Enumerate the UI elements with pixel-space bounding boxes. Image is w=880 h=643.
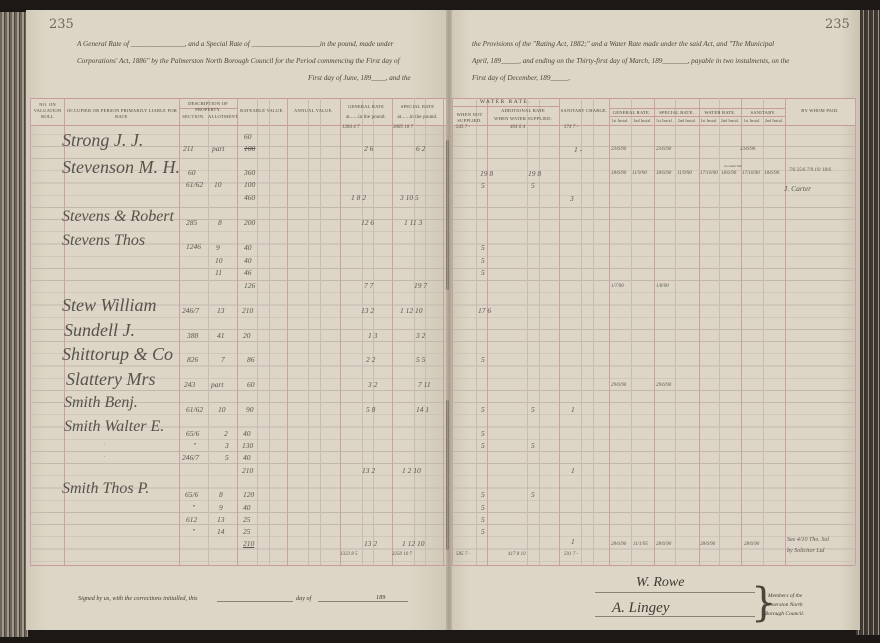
header-sanitary-charge: Sanitary Charge. bbox=[559, 108, 609, 114]
rateable-value: 25 bbox=[243, 515, 251, 524]
rule bbox=[443, 98, 444, 565]
owner-name: Smith Benj. bbox=[64, 394, 138, 412]
carried-sanitary: 574 7 - bbox=[564, 125, 578, 130]
allotment: 7 bbox=[221, 355, 225, 364]
month-blank bbox=[318, 601, 408, 602]
allotment: 2 bbox=[224, 429, 228, 438]
rateable-value: 20 bbox=[243, 331, 251, 340]
general-rate: 7 7 bbox=[364, 281, 373, 290]
sanitary-charge: 1 bbox=[571, 466, 575, 475]
allotment: 10 bbox=[218, 405, 226, 414]
header-general-rate: General Rate bbox=[340, 104, 392, 110]
allotment: 9 bbox=[216, 243, 220, 252]
allotment: part bbox=[211, 380, 224, 389]
sanitary-charge: 1 - bbox=[574, 145, 582, 154]
header-rateable-value: Rateable Value. bbox=[237, 108, 287, 114]
paid-date: 29/6/90 bbox=[611, 383, 626, 388]
rule bbox=[763, 98, 764, 565]
allotment: part bbox=[212, 144, 225, 153]
general-rate: 1 8 2 bbox=[351, 193, 366, 202]
header-paid-special: Special Rate. bbox=[654, 110, 699, 116]
header-when-not-supplied: When Not Supplied. bbox=[452, 112, 487, 124]
additional-rate: 19 8 bbox=[528, 169, 541, 178]
water-rate: 5 bbox=[481, 355, 485, 364]
additional-rate: 5 bbox=[531, 490, 535, 499]
header-first-instal: 1st Instal. bbox=[654, 118, 675, 124]
rateable-value: 40 bbox=[244, 243, 252, 252]
section: 61/62 bbox=[186, 180, 203, 189]
special-rate: 14 1 bbox=[416, 405, 429, 414]
rule bbox=[855, 98, 856, 565]
header-special-rate: Special Rate bbox=[392, 104, 443, 110]
owner-name: Stew William bbox=[62, 295, 157, 316]
owner-name: Slattery Mrs bbox=[66, 369, 156, 390]
rateable-value: 210 bbox=[243, 539, 254, 548]
general-rate: 5 8 bbox=[366, 405, 375, 414]
signature-1: W. Rowe bbox=[636, 575, 684, 591]
members-line-2: Palmerston North bbox=[763, 602, 803, 608]
water-rate: 5 bbox=[481, 256, 485, 265]
special-rate: 6 2 bbox=[416, 144, 425, 153]
carried-additional: 404 6 4 bbox=[510, 125, 525, 130]
owner-name: Sundell J. bbox=[64, 320, 135, 341]
total-sanitary: 591 7 - bbox=[564, 552, 578, 557]
header-second-instal: 2nd Instal. bbox=[675, 118, 699, 124]
paid-date: 23/6/90 bbox=[740, 147, 755, 152]
header-additional-rate: Additional Rate bbox=[487, 108, 559, 114]
rule bbox=[741, 98, 742, 565]
signature-2: A. Lingey bbox=[612, 600, 670, 617]
paid-date: 18/6/90 bbox=[721, 171, 736, 176]
rateable-value: 90 bbox=[246, 405, 254, 414]
rule bbox=[719, 98, 720, 565]
header-first-instal: 1st Instal. bbox=[609, 118, 631, 124]
section: 211 bbox=[183, 144, 194, 153]
water-rate: 5 bbox=[481, 515, 485, 524]
pencil-mark bbox=[446, 400, 449, 550]
header-second-instal: 2nd Instal. bbox=[631, 118, 654, 124]
rateable-value: 86 bbox=[247, 355, 255, 364]
rateable-value: 40 bbox=[243, 453, 251, 462]
header-second-instal: 2nd Instal. bbox=[719, 118, 741, 124]
header-general-rate-sub: at......in the pound. bbox=[340, 115, 392, 121]
pencil-mark bbox=[446, 140, 449, 290]
ditto-mark: · bbox=[104, 455, 105, 460]
day-of-text: day of bbox=[296, 595, 311, 602]
paid-date: 28/6/90 bbox=[656, 542, 671, 547]
allotment: 9 bbox=[219, 503, 223, 512]
header-paid-water: Water Rate. bbox=[699, 110, 741, 116]
special-rate: 5 5 bbox=[416, 355, 425, 364]
rule bbox=[476, 98, 477, 565]
water-rate: 5 bbox=[481, 405, 485, 414]
paid-date: 28/6/90 bbox=[700, 542, 715, 547]
ledger-bottom-rule bbox=[452, 565, 855, 566]
allotment: 8 bbox=[218, 218, 222, 227]
signed-text: Signed by us, with the corrections initi… bbox=[78, 595, 198, 602]
general-rate: 1 3 bbox=[368, 331, 377, 340]
header-paid-general: General Rate. bbox=[609, 110, 654, 116]
section: 246/7 bbox=[182, 453, 199, 462]
paid-date: 29/6/90 bbox=[656, 383, 671, 388]
allotment: 3 bbox=[225, 441, 229, 450]
water-rate: 5 bbox=[481, 441, 485, 450]
water-rate: 5 bbox=[481, 181, 485, 190]
header-description: Description of Property. bbox=[179, 101, 237, 113]
section: 388 bbox=[187, 331, 198, 340]
rule bbox=[654, 98, 655, 565]
rateable-value: 40 bbox=[243, 429, 251, 438]
rateable-value: 120 bbox=[243, 490, 254, 499]
general-rate: 3 2 bbox=[368, 380, 377, 389]
sanitary-charge: 1 bbox=[571, 537, 575, 546]
rule bbox=[631, 98, 632, 565]
water-rate: 5 bbox=[481, 527, 485, 536]
rateable-value: 60 bbox=[247, 380, 255, 389]
rateable-value: 210 bbox=[242, 306, 253, 315]
rateable-value: 46 bbox=[244, 268, 252, 277]
rateable-value: 25 bbox=[243, 527, 251, 536]
signature-line-1 bbox=[595, 592, 755, 593]
signature-line-2 bbox=[595, 616, 755, 617]
rule bbox=[30, 98, 31, 565]
paid-date: 11/1/95 bbox=[633, 542, 648, 547]
water-rate: 5 bbox=[481, 268, 485, 277]
paid-note: no water bkt bbox=[724, 164, 742, 168]
header-paid-sanitary: Sanitary. bbox=[741, 110, 785, 116]
owner-name: Stevens & Robert bbox=[62, 208, 174, 226]
special-rate: 1 11 3 bbox=[404, 218, 422, 227]
rule bbox=[675, 98, 676, 565]
owner-name: Smith Thos P. bbox=[62, 480, 149, 498]
right-page-number: 235 bbox=[825, 17, 850, 32]
header-water-rate: Water Rate. bbox=[452, 99, 559, 105]
paid-date: 23/6/90 bbox=[656, 147, 671, 152]
rule bbox=[362, 98, 363, 565]
special-rate: 3 2 bbox=[416, 331, 425, 340]
rule bbox=[320, 98, 321, 565]
sanitary-charge: 3 bbox=[570, 194, 574, 203]
by-whom-paid: by Solicitor Ltd bbox=[787, 548, 824, 554]
rule bbox=[609, 108, 785, 109]
rule bbox=[452, 98, 453, 565]
by-whom-paid: See 4/10 Tho. Sol bbox=[787, 537, 829, 543]
rateable-value: 360 bbox=[244, 168, 255, 177]
paid-date: 28/6/90 bbox=[611, 542, 626, 547]
water-rate: 19 8 bbox=[480, 169, 493, 178]
header-annual-value: Annual Value. bbox=[287, 108, 340, 114]
allotment: 41 bbox=[217, 331, 225, 340]
allotment: 13 bbox=[217, 306, 225, 315]
special-rate: 19 7 bbox=[414, 281, 427, 290]
water-rate: 17 6 bbox=[478, 306, 491, 315]
rule bbox=[593, 98, 594, 565]
rule bbox=[308, 98, 309, 565]
paid-date: 11/9/90 bbox=[677, 171, 692, 176]
header-special-rate-sub: at......in the pound. bbox=[392, 115, 443, 121]
special-rate: 1 2 10 bbox=[402, 466, 421, 475]
paid-date: 28/6/90 bbox=[744, 542, 759, 547]
ditto-mark: · bbox=[104, 442, 105, 447]
total-special: 3250 10 7 bbox=[392, 552, 412, 557]
by-whom-paid: 7/6 25/6 7/9 19/ 18/6 bbox=[789, 168, 831, 173]
rule bbox=[559, 98, 560, 565]
special-rate: 7 11 bbox=[418, 380, 431, 389]
owner-name: Stevens Thos bbox=[62, 232, 145, 250]
paid-date: 23/6/90 bbox=[611, 147, 626, 152]
water-rate: 5 bbox=[481, 243, 485, 252]
section: 65/6 bbox=[185, 490, 198, 499]
section: 1246 bbox=[186, 242, 201, 251]
rule bbox=[581, 98, 582, 565]
owner-name: Smith Walter E. bbox=[64, 418, 164, 436]
header-when-water-supplied: When Water Supplied. bbox=[487, 116, 559, 122]
rateable-value: 100 bbox=[244, 144, 255, 153]
rule bbox=[257, 98, 258, 565]
general-rate: 13 2 bbox=[364, 539, 377, 548]
paid-date: 18/6/90 bbox=[656, 171, 671, 176]
paid-date: 1/8/90 bbox=[656, 284, 669, 289]
rule bbox=[609, 116, 785, 117]
section: 246/7 bbox=[182, 306, 199, 315]
additional-rate: 5 bbox=[531, 181, 535, 190]
rule bbox=[699, 98, 700, 565]
additional-rate: 5 bbox=[531, 441, 535, 450]
section: 285 bbox=[186, 218, 197, 227]
water-rate: 5 bbox=[481, 490, 485, 499]
members-line-3: Borough Council. bbox=[765, 611, 804, 617]
section: 60 bbox=[188, 168, 196, 177]
paid-date: 11/9/90 bbox=[632, 171, 647, 176]
rateable-value: 200 bbox=[244, 218, 255, 227]
header-valuation-roll: No. on Valuation Roll bbox=[31, 102, 64, 120]
rateable-value: 460 bbox=[244, 193, 255, 202]
paid-date: 17/10/90 bbox=[700, 171, 718, 176]
rule bbox=[609, 98, 610, 565]
special-rate: 1 12 10 bbox=[402, 539, 425, 548]
section: " bbox=[192, 503, 195, 512]
general-rate: 13 2 bbox=[361, 306, 374, 315]
water-rate: 5 bbox=[481, 429, 485, 438]
header-by-whom-paid: By Whom Paid. bbox=[785, 108, 855, 114]
rateable-value: 60 bbox=[244, 132, 252, 141]
intro-right-line-3: First day of December, 189_____. bbox=[472, 68, 570, 88]
year-prefix: 189 bbox=[376, 594, 385, 601]
header-first-instal: 1st Instal. bbox=[699, 118, 719, 124]
owner-name: Shittorup & Co bbox=[62, 344, 173, 365]
allotment: 13 bbox=[217, 515, 225, 524]
header-first-instal: 1st Instal. bbox=[741, 118, 763, 124]
rule bbox=[785, 98, 786, 565]
paid-date: 18/6/90 bbox=[764, 171, 779, 176]
allotment: 10 bbox=[214, 180, 222, 189]
header-second-instal: 2nd Instal. bbox=[763, 118, 785, 124]
rule bbox=[340, 98, 341, 565]
paid-date: 17/10/90 bbox=[742, 171, 760, 176]
rateable-value: 210 bbox=[242, 466, 253, 475]
owner-name: Strong J. J. bbox=[62, 130, 143, 151]
by-whom-paid: J. Carter bbox=[784, 184, 811, 193]
allotment: 10 bbox=[215, 256, 223, 265]
rateable-value: 100 bbox=[244, 180, 255, 189]
general-rate: 2 6 bbox=[364, 144, 373, 153]
carried-special: 3085 18 7 bbox=[393, 125, 413, 130]
day-blank bbox=[217, 601, 293, 602]
paid-date: 1/7/90 bbox=[611, 284, 624, 289]
ledger-bottom-rule bbox=[30, 565, 446, 566]
header-allotment: Allotment. bbox=[208, 114, 237, 120]
sanitary-charge: 1 bbox=[571, 405, 575, 414]
water-rate: 5 bbox=[481, 503, 485, 512]
additional-rate: 5 bbox=[531, 405, 535, 414]
section: 61/62 bbox=[186, 405, 203, 414]
rule bbox=[237, 98, 238, 565]
general-rate: 2 2 bbox=[366, 355, 375, 364]
rateable-value: 126 bbox=[244, 281, 255, 290]
general-rate: 12 6 bbox=[361, 218, 374, 227]
special-rate: 1 12 10 bbox=[400, 306, 423, 315]
section: " bbox=[193, 441, 196, 450]
allotment: 11 bbox=[215, 268, 222, 277]
rule bbox=[452, 106, 559, 107]
paid-date: 18/6/90 bbox=[611, 171, 626, 176]
rateable-value: 130 bbox=[242, 441, 253, 450]
allotment: 5 bbox=[225, 453, 229, 462]
allotment: 8 bbox=[219, 490, 223, 499]
total-additional: 417 8 10 bbox=[508, 552, 526, 557]
section: 243 bbox=[184, 380, 195, 389]
section: 65/6 bbox=[186, 429, 199, 438]
header-section: Section. bbox=[179, 114, 208, 120]
book-page-edges-left bbox=[0, 12, 28, 637]
rule bbox=[287, 98, 288, 565]
special-rate: 3 10 5 bbox=[400, 193, 419, 202]
rateable-value: 40 bbox=[243, 503, 251, 512]
owner-name: Stevenson M. H. bbox=[62, 157, 180, 178]
section: 612 bbox=[186, 515, 197, 524]
section: 826 bbox=[187, 355, 198, 364]
carried-general: 1284 4 7 bbox=[342, 125, 360, 130]
rule bbox=[414, 98, 415, 565]
rule bbox=[269, 98, 270, 565]
carried-water: 545 7 - bbox=[456, 125, 470, 130]
rule bbox=[392, 98, 393, 565]
header-owner: Occupier or Person Primarily Liable for … bbox=[66, 108, 178, 120]
total-water: 585 7 - bbox=[456, 552, 470, 557]
intro-left-line-3: First day of June, 189____, and the bbox=[308, 68, 411, 88]
rule bbox=[208, 98, 209, 565]
total-general: 1323 8 5 bbox=[340, 552, 358, 557]
members-line-1: Members of the bbox=[768, 593, 802, 599]
allotment: 14 bbox=[217, 527, 225, 536]
section: " bbox=[192, 527, 195, 536]
left-page-number: 235 bbox=[49, 17, 74, 32]
rateable-value: 40 bbox=[244, 256, 252, 265]
general-rate: 13 2 bbox=[362, 466, 375, 475]
